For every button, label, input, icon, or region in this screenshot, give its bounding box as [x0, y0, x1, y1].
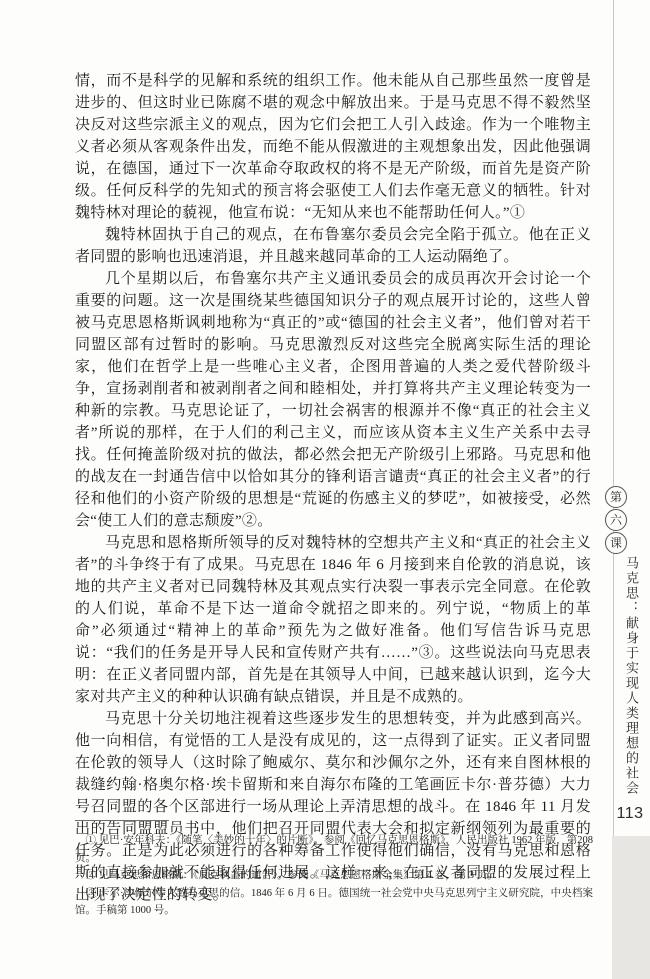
lesson-badge: 第 六 课 [605, 486, 627, 554]
footnote-item: ① 见巴·安年科夫：《随笔〈美妙的十年〉的片断》。参阅《回忆马克思恩格斯》，人民… [75, 832, 593, 867]
footnote-divider [75, 820, 169, 821]
body-text: 情，而不是科学的见解和系统的组织工作。他未能从自己那些虽然一度曾是进步的、但这时… [75, 70, 591, 906]
paragraph: 马克思和恩格斯所领导的反对魏特林的空想共产主义和“真正的社会主义者”的斗争终于有… [75, 532, 591, 708]
lesson-badge-circle: 六 [605, 509, 627, 531]
paragraph-continuation: 情，而不是科学的见解和系统的组织工作。他未能从自己那些虽然一度曾是进步的、但这时… [75, 70, 591, 224]
paragraph: 魏特林固执于自己的观点，在布鲁塞尔委员会完全陷于孤立。他在正义者同盟的影响也迅速… [75, 224, 591, 268]
footnote-item: ③ 卡尔·沙佩尔等人致马克思的信。1846 年 6 月 6 日。德国统一社会党中… [75, 885, 593, 920]
footnotes: ① 见巴·安年科夫：《随笔〈美妙的十年〉的片断》。参阅《回忆马克思恩格斯》，人民… [75, 832, 593, 920]
paragraph: 几个星期以后，布鲁塞尔共产主义通讯委员会的成员再次开会讨论一个重要的问题。这一次… [75, 268, 591, 532]
margin-band [612, 836, 650, 979]
footnote-item: ② 见马克思和恩格斯：《反克利盖的通告》。参阅《马克思恩格斯全集》第 4 卷，第… [75, 867, 593, 885]
book-page: 情，而不是科学的见解和系统的组织工作。他未能从自己那些虽然一度曾是进步的、但这时… [0, 0, 650, 979]
lesson-badge-circle: 第 [605, 486, 627, 508]
page-number: 113 [610, 805, 650, 823]
chapter-title-vertical: 马克思：献身于实现人类理想的社会 [621, 556, 640, 796]
lesson-badge-circle: 课 [605, 532, 627, 554]
